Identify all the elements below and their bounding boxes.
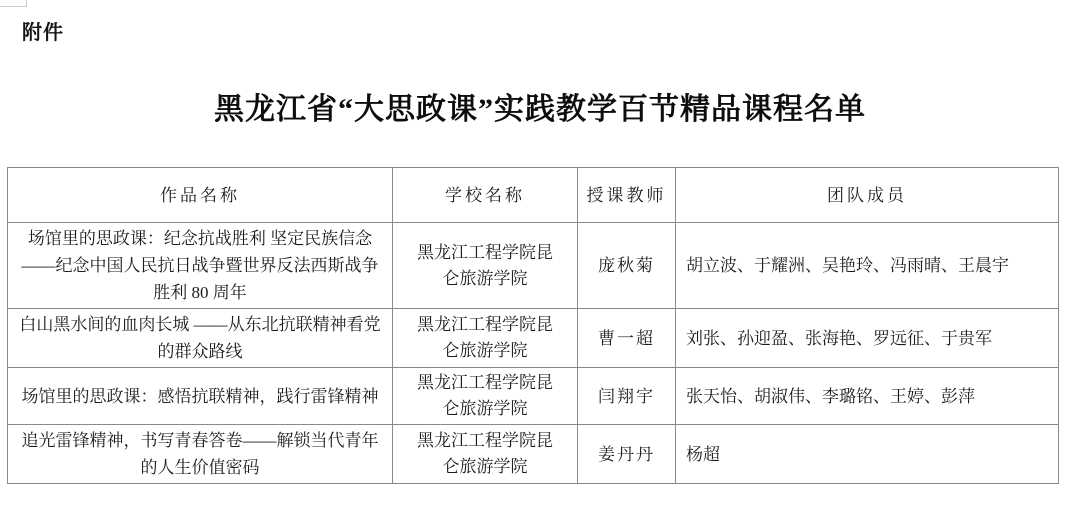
school-name-cell: 黑龙江工程学院昆仑旅游学院 [393, 223, 578, 309]
school-name-cell: 黑龙江工程学院昆仑旅游学院 [393, 368, 578, 425]
teacher-name-cell: 闫翔宇 [578, 368, 676, 425]
team-members-cell: 刘张、孙迎盈、张海艳、罗远征、于贵军 [676, 309, 1059, 368]
teacher-name-cell: 姜丹丹 [578, 425, 676, 484]
attachment-label: 附件 [22, 16, 64, 45]
table-row: 白山黑水间的血肉长城 ——从东北抗联精神看党的群众路线 黑龙江工程学院昆仑旅游学… [8, 309, 1059, 368]
teacher-name-cell: 庞秋菊 [578, 223, 676, 309]
table-header-row: 作品名称 学校名称 授课教师 团队成员 [8, 168, 1059, 223]
team-members-cell: 胡立波、于耀洲、吴艳玲、冯雨晴、王晨宇 [676, 223, 1059, 309]
teacher-name-cell: 曹一超 [578, 309, 676, 368]
table-row: 场馆里的思政课：感悟抗联精神，践行雷锋精神 黑龙江工程学院昆仑旅游学院 闫翔宇 … [8, 368, 1059, 425]
table-row: 场馆里的思政课：纪念抗战胜利 坚定民族信念——纪念中国人民抗日战争暨世界反法西斯… [8, 223, 1059, 309]
team-members-cell: 张天怡、胡淑伟、李璐铭、王婷、彭萍 [676, 368, 1059, 425]
school-name-cell: 黑龙江工程学院昆仑旅游学院 [393, 425, 578, 484]
course-list-table: 作品名称 学校名称 授课教师 团队成员 场馆里的思政课：纪念抗战胜利 坚定民族信… [7, 167, 1059, 484]
page-title: 黑龙江省“大思政课”实践教学百节精品课程名单 [0, 84, 1080, 128]
table-row: 追光雷锋精神，书写青春答卷——解锁当代青年的人生价值密码 黑龙江工程学院昆仑旅游… [8, 425, 1059, 484]
work-name-cell: 白山黑水间的血肉长城 ——从东北抗联精神看党的群众路线 [8, 309, 393, 368]
corner-artifact [0, 0, 27, 7]
work-name-cell: 场馆里的思政课：纪念抗战胜利 坚定民族信念——纪念中国人民抗日战争暨世界反法西斯… [8, 223, 393, 309]
team-members-cell: 杨超 [676, 425, 1059, 484]
school-name-cell: 黑龙江工程学院昆仑旅游学院 [393, 309, 578, 368]
header-school-name: 学校名称 [393, 168, 578, 223]
work-name-cell: 追光雷锋精神，书写青春答卷——解锁当代青年的人生价值密码 [8, 425, 393, 484]
header-team-members: 团队成员 [676, 168, 1059, 223]
header-teacher-name: 授课教师 [578, 168, 676, 223]
header-work-name: 作品名称 [8, 168, 393, 223]
work-name-cell: 场馆里的思政课：感悟抗联精神，践行雷锋精神 [8, 368, 393, 425]
document-page: 附件 黑龙江省“大思政课”实践教学百节精品课程名单 作品名称 学校名称 授课教师… [0, 0, 1080, 505]
